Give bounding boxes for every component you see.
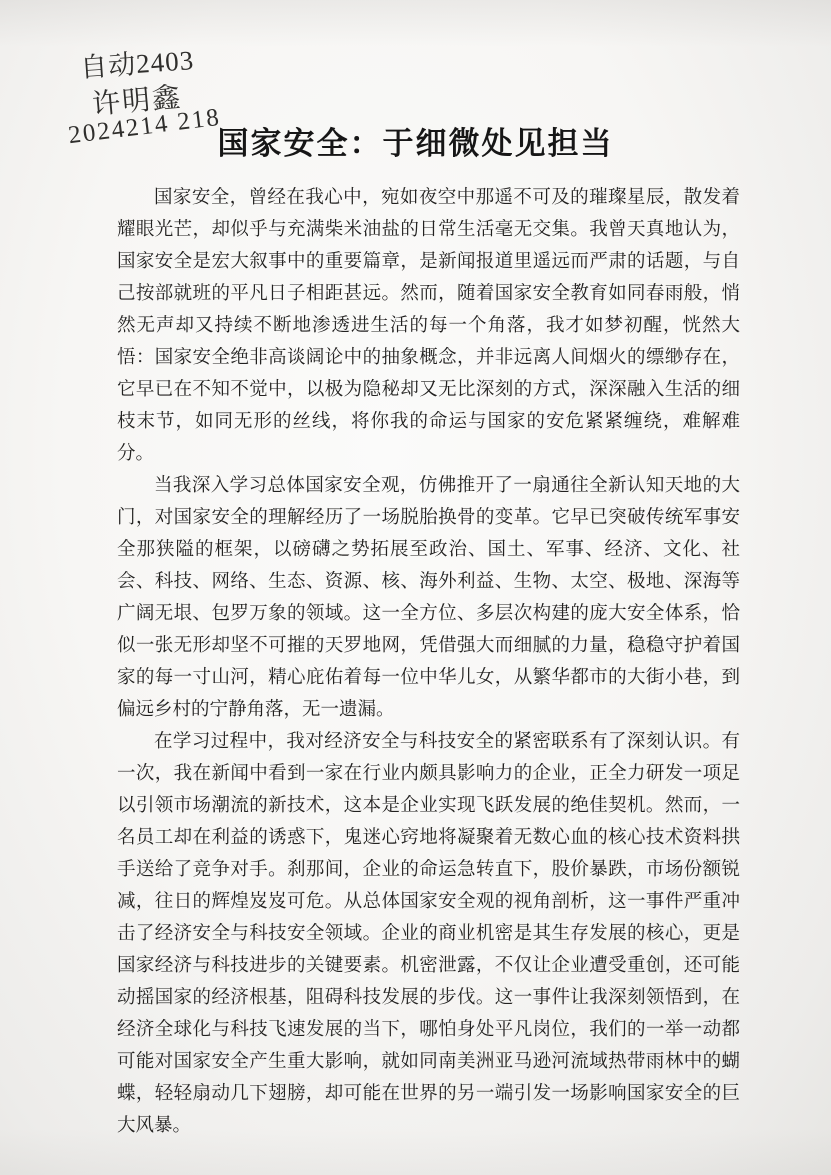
essay-paragraph: 当我深入学习总体国家安全观，仿佛推开了一扇通往全新认知天地的大门，对国家安全的理…	[117, 470, 740, 726]
essay-page: 自动2403 许明鑫 2024214 218 国家安全：于细微处见担当 国家安全…	[0, 0, 831, 1175]
essay-paragraph: 在学习过程中，我对经济安全与科技安全的紧密联系有了深刻认识。有一次，我在新闻中看…	[117, 726, 740, 1142]
essay-body: 国家安全，曾经在我心中，宛如夜空中那遥不可及的璀璨星辰，散发着耀眼光芒，却似乎与…	[117, 182, 740, 1142]
essay-paragraph: 国家安全，曾经在我心中，宛如夜空中那遥不可及的璀璨星辰，散发着耀眼光芒，却似乎与…	[117, 182, 740, 470]
essay-title: 国家安全：于细微处见担当	[0, 118, 831, 163]
